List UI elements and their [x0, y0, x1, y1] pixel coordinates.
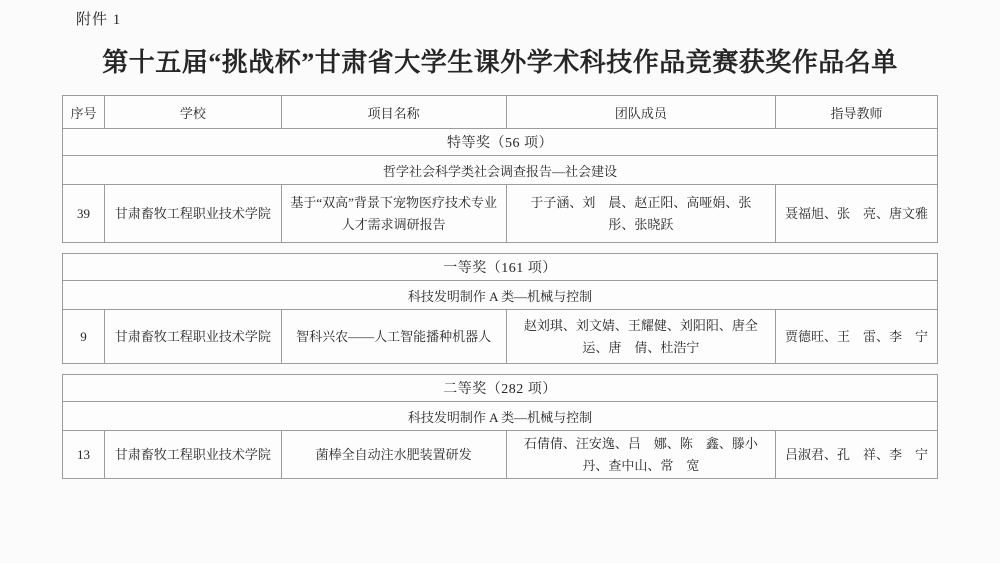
- table-row: 13 甘肃畜牧工程职业技术学院 菌棒全自动注水肥装置研发 石倩倩、汪安逸、吕 娜…: [63, 431, 938, 479]
- cell-no: 13: [63, 431, 105, 479]
- cell-school: 甘肃畜牧工程职业技术学院: [105, 185, 282, 243]
- award-band-row: 一等奖（161 项）: [63, 254, 938, 281]
- award-band-special: 特等奖（56 项）: [63, 129, 938, 156]
- award-table-second-prize: 二等奖（282 项） 科技发明制作 A 类—机械与控制 13 甘肃畜牧工程职业技…: [62, 374, 938, 479]
- column-header-no: 序号: [63, 96, 105, 129]
- award-band-second: 二等奖（282 项）: [63, 375, 938, 402]
- category-band-row: 科技发明制作 A 类—机械与控制: [63, 281, 938, 310]
- cell-project: 菌棒全自动注水肥装置研发: [281, 431, 506, 479]
- column-header-school: 学校: [105, 96, 282, 129]
- category-band-special: 哲学社会科学类社会调查报告—社会建设: [63, 156, 938, 185]
- category-band-first: 科技发明制作 A 类—机械与控制: [63, 281, 938, 310]
- table-row: 9 甘肃畜牧工程职业技术学院 智科兴农——人工智能播种机器人 赵刘琪、刘文婧、王…: [63, 310, 938, 364]
- cell-team: 石倩倩、汪安逸、吕 娜、陈 鑫、滕小丹、查中山、常 宽: [506, 431, 776, 479]
- page-title: 第十五届“挑战杯”甘肃省大学生课外学术科技作品竞赛获奖作品名单: [0, 42, 1000, 79]
- award-table-first-prize: 一等奖（161 项） 科技发明制作 A 类—机械与控制 9 甘肃畜牧工程职业技术…: [62, 253, 938, 364]
- table-header-row: 序号 学校 项目名称 团队成员 指导教师: [63, 96, 938, 129]
- attachment-label: 附件 1: [76, 8, 121, 29]
- cell-team: 于子涵、刘 晨、赵正阳、高哑娟、张 彤、张晓跃: [506, 185, 776, 243]
- column-header-advisor: 指导教师: [776, 96, 938, 129]
- cell-advisors: 吕淑君、孔 祥、李 宁: [776, 431, 938, 479]
- cell-advisors: 贾德旺、王 雷、李 宁: [776, 310, 938, 364]
- column-header-project: 项目名称: [281, 96, 506, 129]
- award-tables-container: 序号 学校 项目名称 团队成员 指导教师 特等奖（56 项） 哲学社会科学类社会…: [62, 95, 938, 479]
- category-band-row: 哲学社会科学类社会调查报告—社会建设: [63, 156, 938, 185]
- cell-project: 智科兴农——人工智能播种机器人: [281, 310, 506, 364]
- cell-project: 基于“双高”背景下宠物医疗技术专业人才需求调研报告: [281, 185, 506, 243]
- award-band-first: 一等奖（161 项）: [63, 254, 938, 281]
- document-page: 附件 1 第十五届“挑战杯”甘肃省大学生课外学术科技作品竞赛获奖作品名单 序号 …: [0, 0, 1000, 563]
- table-row: 39 甘肃畜牧工程职业技术学院 基于“双高”背景下宠物医疗技术专业人才需求调研报…: [63, 185, 938, 243]
- cell-school: 甘肃畜牧工程职业技术学院: [105, 310, 282, 364]
- award-band-row: 二等奖（282 项）: [63, 375, 938, 402]
- column-header-team: 团队成员: [506, 96, 776, 129]
- cell-team: 赵刘琪、刘文婧、王耀健、刘阳阳、唐全运、唐 倩、杜浩宁: [506, 310, 776, 364]
- award-table-special-prize: 序号 学校 项目名称 团队成员 指导教师 特等奖（56 项） 哲学社会科学类社会…: [62, 95, 938, 243]
- cell-no: 9: [63, 310, 105, 364]
- category-band-row: 科技发明制作 A 类—机械与控制: [63, 402, 938, 431]
- cell-school: 甘肃畜牧工程职业技术学院: [105, 431, 282, 479]
- category-band-second: 科技发明制作 A 类—机械与控制: [63, 402, 938, 431]
- cell-advisors: 聂福旭、张 亮、唐文雅: [776, 185, 938, 243]
- award-band-row: 特等奖（56 项）: [63, 129, 938, 156]
- cell-no: 39: [63, 185, 105, 243]
